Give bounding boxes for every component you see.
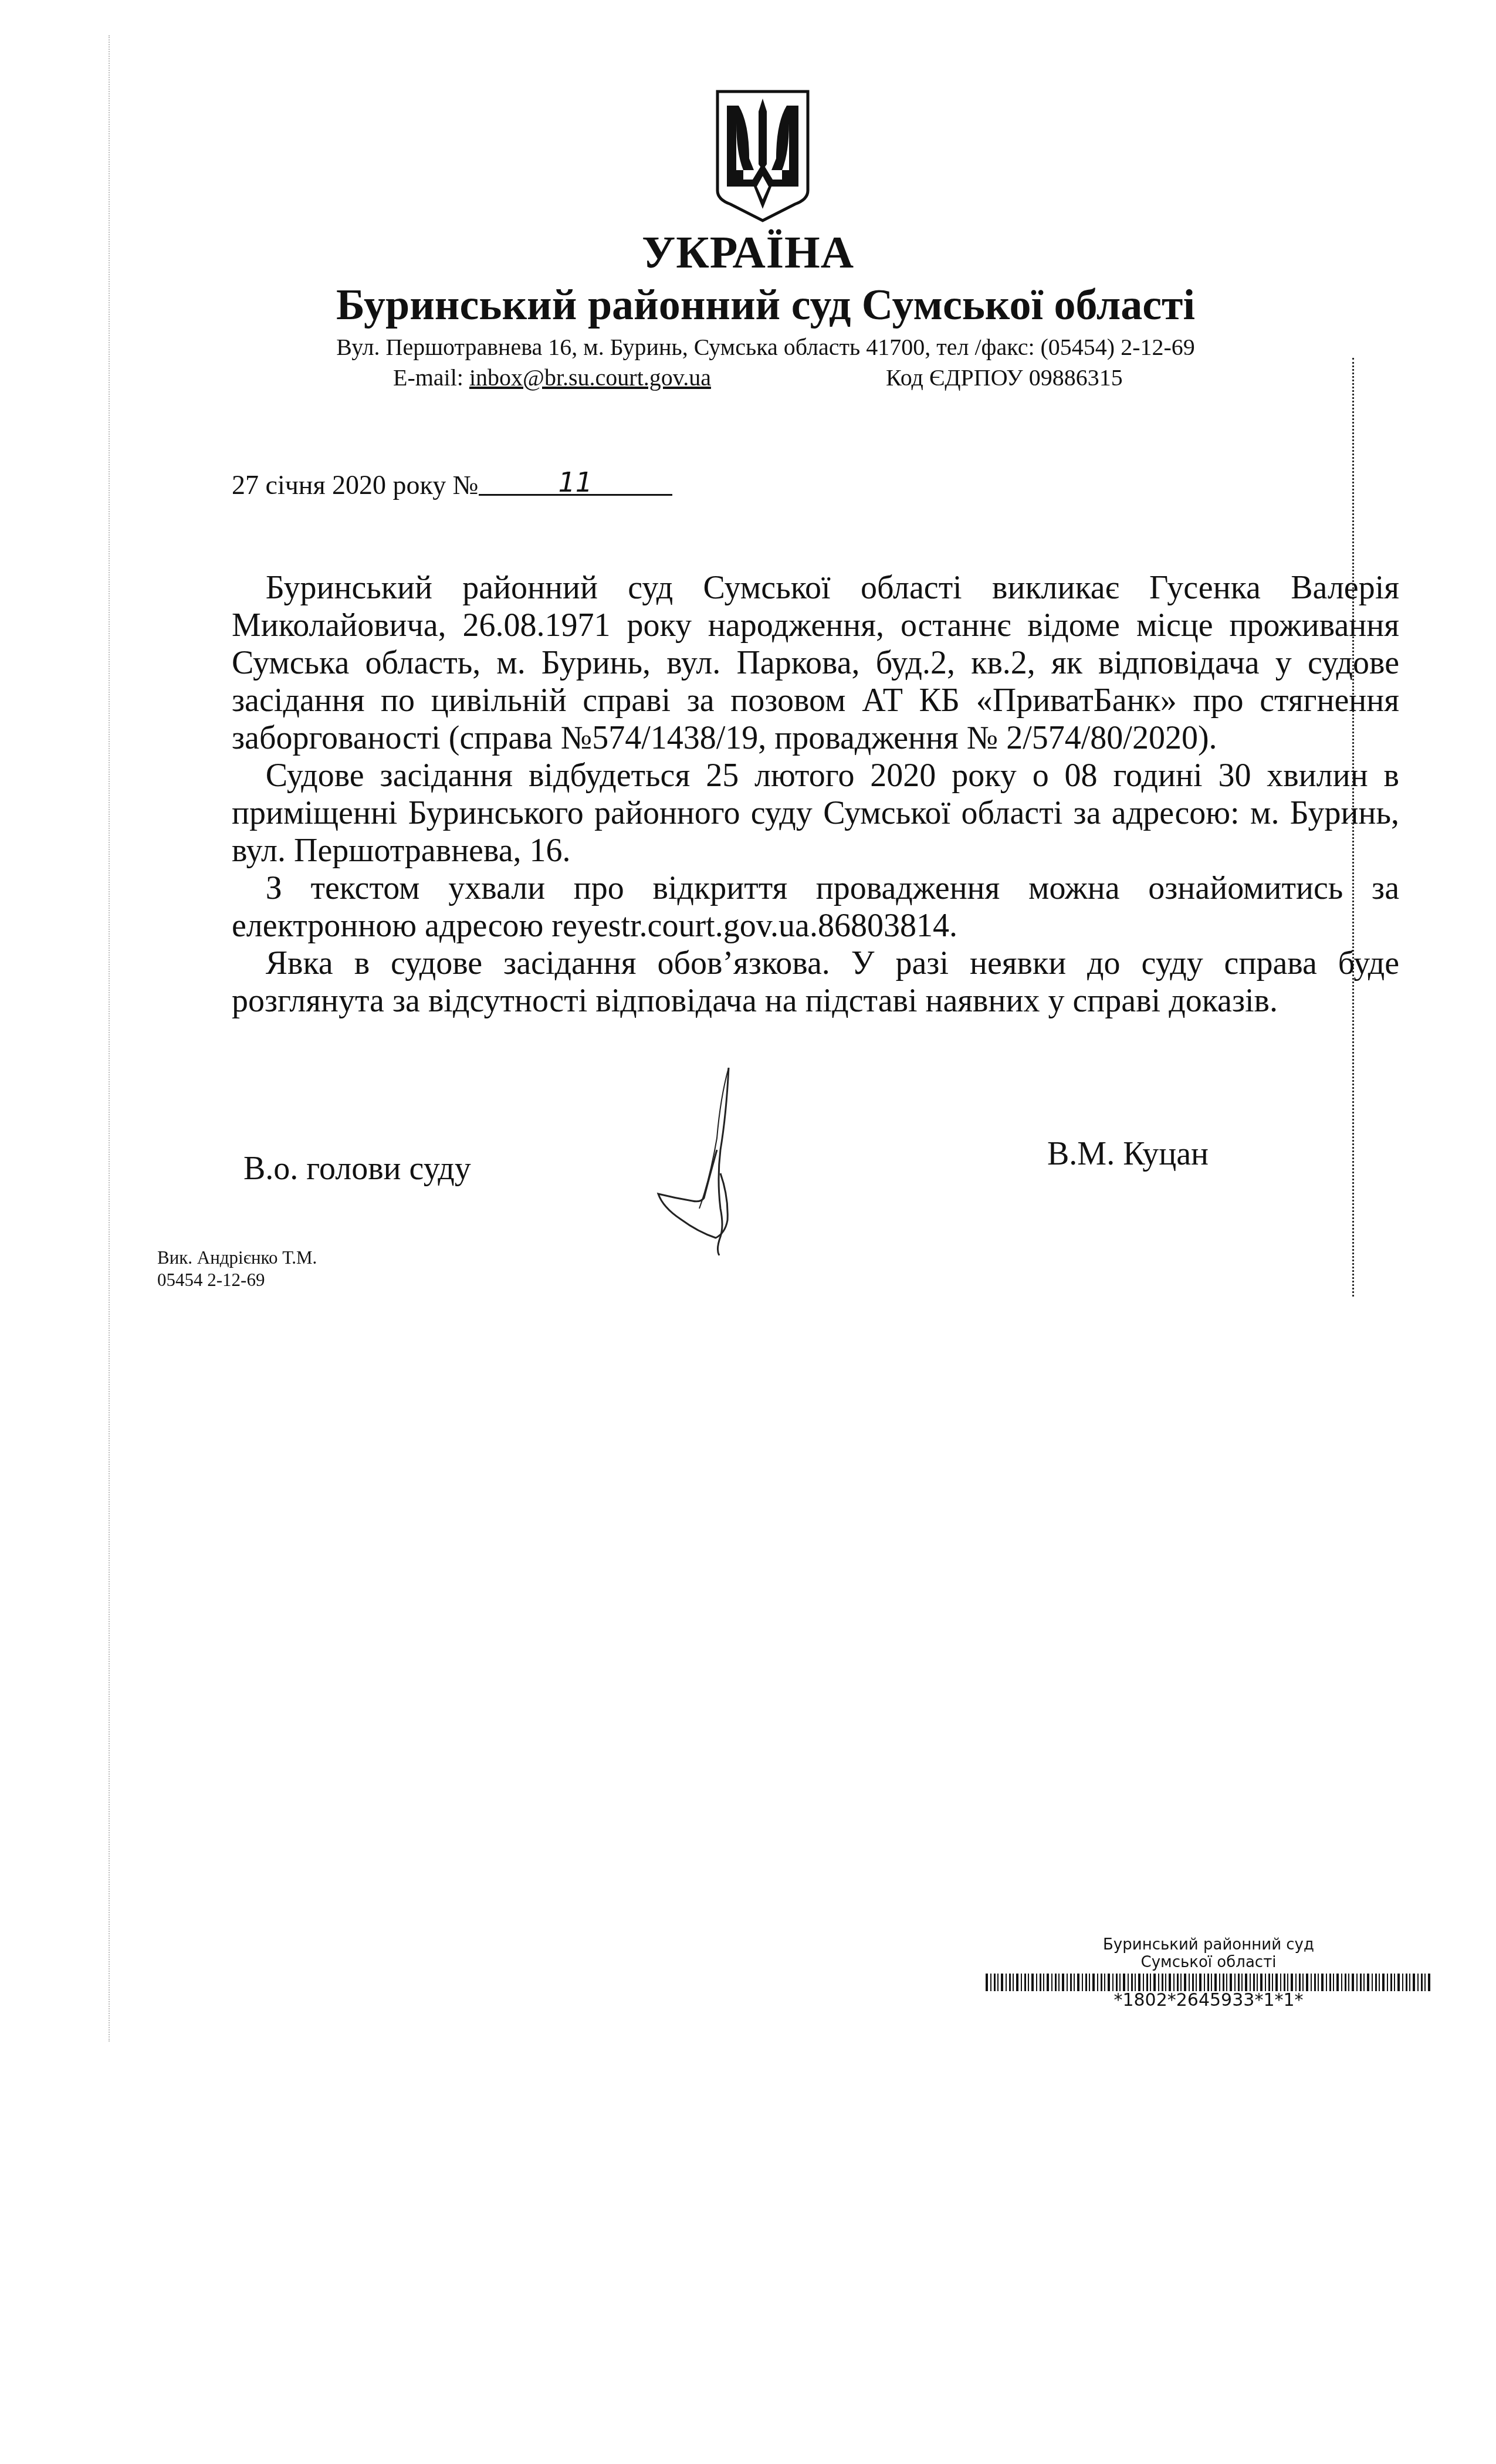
document-date: 27 січня 2020 року № <box>232 470 479 500</box>
trident-coat-of-arms-icon <box>713 88 813 223</box>
paragraph-summons: Буринський районний суд Сумської області… <box>232 569 1399 757</box>
executor-name: Вик. Андрієнко Т.М. <box>157 1247 317 1269</box>
email-label: E-mail: <box>393 364 463 391</box>
paragraph-attendance: Явка в судове засідання обов’язкова. У р… <box>232 945 1399 1020</box>
summons-body: Буринський районний суд Сумської області… <box>232 569 1399 1020</box>
handwritten-signature-icon <box>651 1062 769 1255</box>
barcode-number: *1802*2645933*1*1* <box>986 1991 1431 2010</box>
executor-phone: 05454 2-12-69 <box>157 1269 317 1291</box>
document-date-line: 27 січня 2020 року №11 <box>232 469 672 500</box>
document-number: 11 <box>479 471 672 496</box>
scan-margin-line <box>109 35 110 2042</box>
country-title: УКРАЇНА <box>0 226 1496 279</box>
court-address: Вул. Першотравнева 16, м. Буринь, Сумськ… <box>305 333 1226 361</box>
edrpou-code: Код ЄДРПОУ 09886315 <box>886 364 1123 391</box>
barcode-org-line1: Буринський районний суд <box>986 1936 1431 1954</box>
court-name: Буринський районний суд Сумської області <box>305 280 1226 330</box>
barcode-icon <box>986 1974 1431 1991</box>
barcode-stamp: Буринський районний суд Сумської області… <box>986 1936 1431 2010</box>
barcode-org-line2: Сумської області <box>986 1954 1431 1971</box>
paragraph-hearing-date: Судове засідання відбудеться 25 лютого 2… <box>232 757 1399 869</box>
court-email: E-mail: inbox@br.su.court.gov.ua <box>393 364 711 391</box>
signatory-role: В.о. голови суду <box>243 1150 471 1187</box>
email-link[interactable]: inbox@br.su.court.gov.ua <box>469 364 711 391</box>
paragraph-ruling-link: З текстом ухвали про відкриття проваджен… <box>232 869 1399 945</box>
signatory-name: В.М. Куцан <box>1047 1135 1209 1173</box>
executor-info: Вик. Андрієнко Т.М. 05454 2-12-69 <box>157 1247 317 1291</box>
